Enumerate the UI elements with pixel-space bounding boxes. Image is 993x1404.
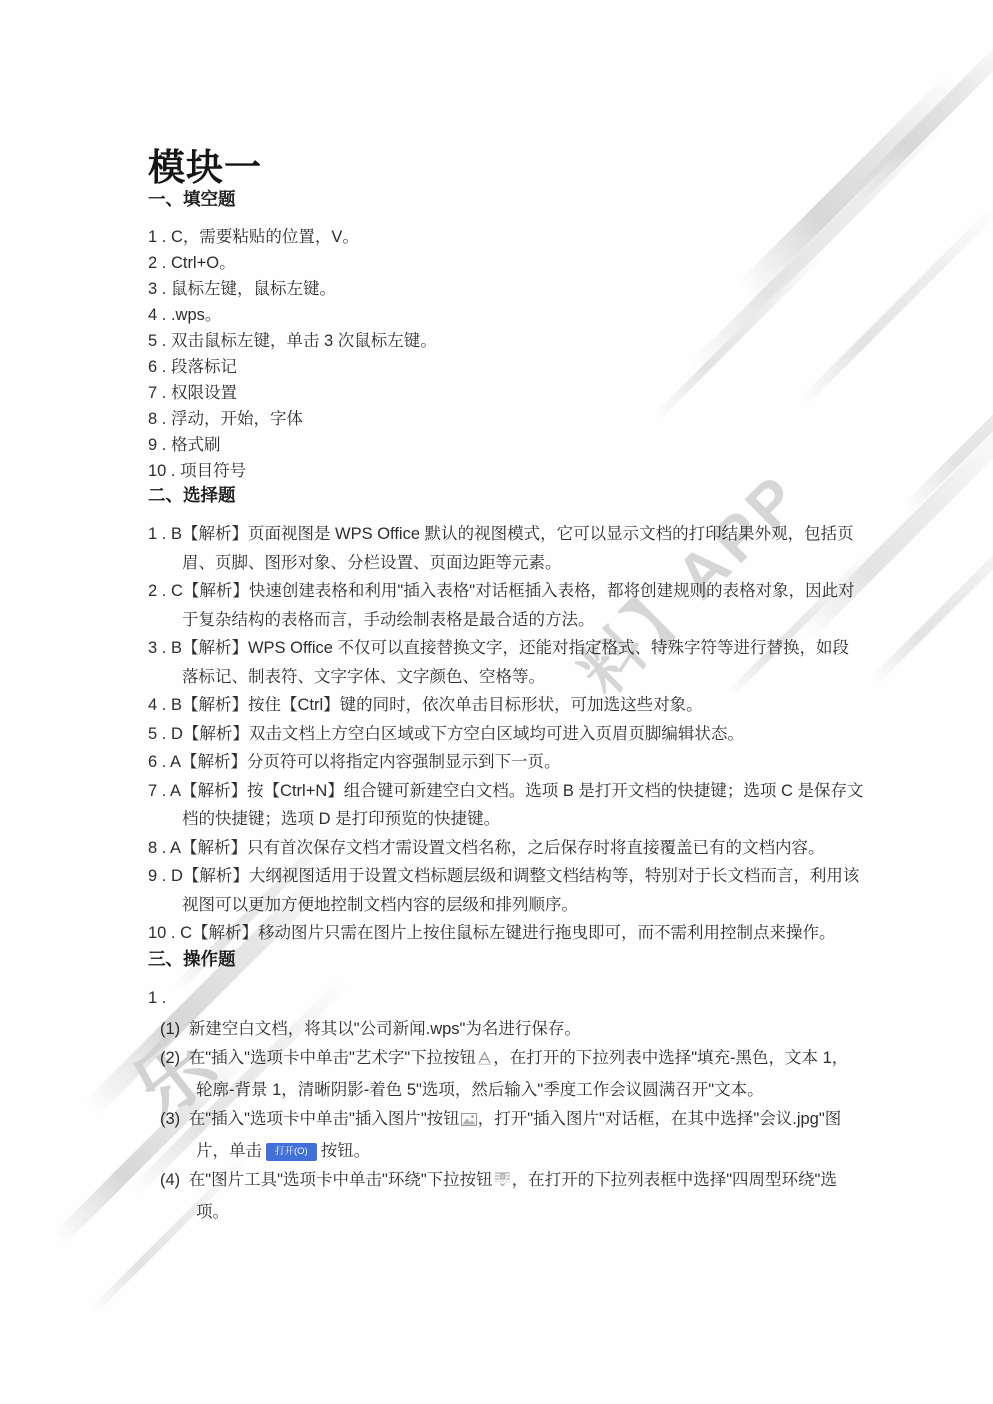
list-item: 5 . 双击鼠标左键，单击 3 次鼠标左键。 (148, 328, 864, 354)
list-item: 3 . 鼠标左键，鼠标左键。 (148, 276, 864, 302)
page-title: 模块一 (148, 148, 864, 188)
item-text: B【解析】WPS Office 不仅可以直接替换文字，还能对指定格式、特殊字符等… (171, 639, 849, 686)
item-number: 9 . (148, 436, 171, 454)
operation-group-label: 1 . (148, 984, 864, 1013)
item-number: 3 . (148, 639, 171, 657)
item-text: 格式刷 (171, 436, 221, 454)
item-text: D【解析】大纲视图适用于设置文档标题层级和调整文档结构等，特别对于长文档而言，利… (171, 867, 859, 914)
list-item: 2 . C【解析】快速创建表格和利用"插入表格"对话框插入表格，都将创建规则的表… (148, 577, 864, 634)
step-item: (1) 新建空白文档，将其以"公司新闻.wps"为名进行保存。 (160, 1015, 864, 1045)
item-text: B【解析】按住【Ctrl】键的同时，依次单击目标形状，可加选这些对象。 (171, 696, 703, 714)
item-text: 段落标记 (171, 358, 237, 376)
step-text: 在"插入"选项卡中单击"插入图片"按钮 (189, 1110, 460, 1128)
item-text: 浮动，开始，字体 (171, 410, 303, 428)
item-number: 7 . (148, 782, 170, 800)
section-heading-choice: 二、选择题 (148, 484, 864, 506)
item-text: C，需要粘贴的位置，V。 (171, 228, 359, 246)
step-text: 按钮。 (321, 1142, 371, 1160)
list-item: 9 . 格式刷 (148, 432, 864, 458)
step-number: (2) (160, 1049, 185, 1067)
step-item: (3) 在"插入"选项卡中单击"插入图片"按钮，打开"插入图片"对话框，在其中选… (160, 1105, 864, 1166)
list-item: 9 . D【解析】大纲视图适用于设置文档标题层级和调整文档结构等，特别对于长文档… (148, 862, 864, 919)
item-number: 9 . (148, 867, 171, 885)
item-text: D【解析】双击文档上方空白区域或下方空白区域均可进入页眉页脚编辑状态。 (171, 725, 744, 743)
step-item: (4) 在"图片工具"选项卡中单击"环绕"下拉按钮，在打开的下拉列表框中选择"四… (160, 1166, 864, 1227)
document-page: 料】APP 乐 模块一 一、填空题 1 . C，需要粘贴的位置，V。2 . Ct… (0, 0, 993, 1404)
list-item: 7 . A【解析】按【Ctrl+N】组合键可新建空白文档。选项 B 是打开文档的… (148, 777, 864, 834)
item-number: 2 . (148, 582, 171, 600)
item-text: A【解析】按【Ctrl+N】组合键可新建空白文档。选项 B 是打开文档的快捷键；… (170, 782, 863, 829)
list-item: 7 . 权限设置 (148, 380, 864, 406)
item-text: .wps。 (171, 306, 221, 324)
wordart-icon (477, 1046, 492, 1076)
item-text: B【解析】页面视图是 WPS Office 默认的视图模式，它可以显示文档的打印… (171, 525, 854, 572)
watermark-streak (901, 337, 993, 515)
item-number: 2 . (148, 254, 171, 272)
list-item: 8 . A【解析】只有首次保存文档才需设置文档名称，之后保存时将直接覆盖已有的文… (148, 834, 864, 863)
document-content: 模块一 一、填空题 1 . C，需要粘贴的位置，V。2 . Ctrl+O。3 .… (148, 148, 864, 1227)
item-number: 5 . (148, 332, 171, 350)
list-item: 5 . D【解析】双击文档上方空白区域或下方空白区域均可进入页眉页脚编辑状态。 (148, 720, 864, 749)
item-number: 5 . (148, 725, 171, 743)
list-item: 10 . 项目符号 (148, 458, 864, 484)
item-number: 3 . (148, 280, 171, 298)
watermark-streak (847, 40, 993, 207)
step-number: (4) (160, 1171, 185, 1189)
list-item: 8 . 浮动，开始，字体 (148, 406, 864, 432)
list-item: 4 . B【解析】按住【Ctrl】键的同时，依次单击目标形状，可加选这些对象。 (148, 691, 864, 720)
fill-blank-list: 1 . C，需要粘贴的位置，V。2 . Ctrl+O。3 . 鼠标左键，鼠标左键… (148, 224, 864, 484)
item-text: 双击鼠标左键，单击 3 次鼠标左键。 (171, 332, 437, 350)
item-number: 7 . (148, 384, 171, 402)
item-number: 6 . (148, 358, 171, 376)
insert-picture-icon (461, 1107, 477, 1137)
item-text: Ctrl+O。 (171, 254, 236, 272)
list-item: 3 . B【解析】WPS Office 不仅可以直接替换文字，还能对指定格式、特… (148, 634, 864, 691)
list-item: 4 . .wps。 (148, 302, 864, 328)
list-item: 10 . C【解析】移动图片只需在图片上按住鼠标左键进行拖曳即可，而不需利用控制… (148, 919, 864, 948)
step-number: (3) (160, 1110, 185, 1128)
step-text: 在"图片工具"选项卡中单击"环绕"下拉按钮 (189, 1171, 493, 1189)
step-text: 新建空白文档，将其以"公司新闻.wps"为名进行保存。 (189, 1020, 581, 1038)
item-number: 10 . (148, 924, 180, 942)
item-number: 10 . (148, 462, 180, 480)
item-text: 鼠标左键，鼠标左键。 (171, 280, 336, 298)
item-number: 1 . (148, 525, 171, 543)
item-text: A【解析】分页符可以将指定内容强制显示到下一页。 (170, 753, 561, 771)
item-number: 8 . (148, 410, 171, 428)
list-item: 2 . Ctrl+O。 (148, 250, 864, 276)
choice-list: 1 . B【解析】页面视图是 WPS Office 默认的视图模式，它可以显示文… (148, 520, 864, 948)
item-text: C【解析】快速创建表格和利用"插入表格"对话框插入表格，都将创建规则的表格对象，… (171, 582, 855, 629)
list-item: 1 . C，需要粘贴的位置，V。 (148, 224, 864, 250)
watermark-streak (869, 524, 993, 687)
item-text: 权限设置 (171, 384, 237, 402)
section-heading-fill: 一、填空题 (148, 188, 864, 210)
step-item: (2) 在"插入"选项卡中单击"艺术字"下拉按钮，在打开的下拉列表中选择"填充-… (160, 1044, 864, 1105)
step-text: 在"插入"选项卡中单击"艺术字"下拉按钮 (189, 1049, 476, 1067)
list-item: 6 . A【解析】分页符可以将指定内容强制显示到下一页。 (148, 748, 864, 777)
item-number: 8 . (148, 839, 170, 857)
item-number: 6 . (148, 753, 170, 771)
section-heading-operation: 三、操作题 (148, 948, 864, 970)
wrap-dropdown-icon (494, 1168, 511, 1198)
item-number: 4 . (148, 696, 171, 714)
list-item: 1 . B【解析】页面视图是 WPS Office 默认的视图模式，它可以显示文… (148, 520, 864, 577)
step-number: (1) (160, 1020, 185, 1038)
item-text: C【解析】移动图片只需在图片上按住鼠标左键进行拖曳即可，而不需利用控制点来操作。 (180, 924, 835, 942)
item-number: 1 . (148, 228, 171, 246)
open-button: 打开(O) (266, 1143, 317, 1161)
item-text: A【解析】只有首次保存文档才需设置文档名称，之后保存时将直接覆盖已有的文档内容。 (170, 839, 825, 857)
item-text: 项目符号 (180, 462, 246, 480)
operation-steps-list: (1) 新建空白文档，将其以"公司新闻.wps"为名进行保存。(2) 在"插入"… (160, 1015, 864, 1228)
item-number: 4 . (148, 306, 171, 324)
list-item: 6 . 段落标记 (148, 354, 864, 380)
